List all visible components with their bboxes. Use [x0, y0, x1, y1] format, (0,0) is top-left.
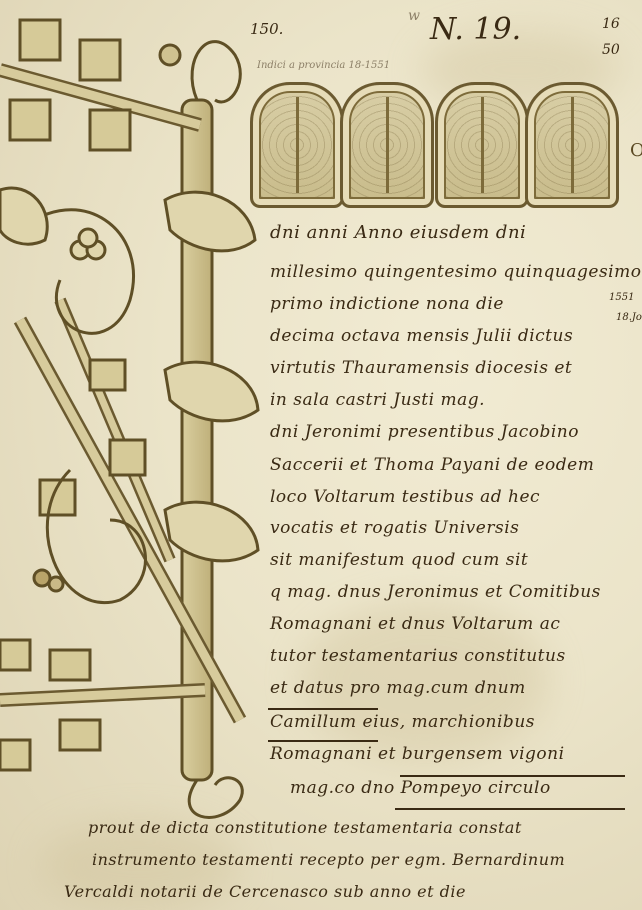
- text-line: mag.co dno Pompeyo circulo: [290, 778, 551, 798]
- text-line: Camillum eius, marchionibus: [270, 712, 535, 732]
- text-line: virtutis Thauramensis diocesis et: [270, 358, 572, 378]
- shelf-mark-prefix: w: [408, 8, 420, 24]
- text-line: millesimo quingentesimo quinquagesimo: [270, 262, 641, 282]
- text-line: tutor testamentarius constitutus: [270, 646, 566, 666]
- decorated-letter-m: [250, 82, 344, 208]
- manuscript-page: 150. w N. 19. Indici a provincia 18-1551…: [0, 0, 642, 910]
- margin-year: 1551: [609, 292, 634, 303]
- text-line: dni anni Anno eiusdem dni: [270, 222, 526, 243]
- decorated-letter-m: [525, 82, 619, 208]
- text-line: Vercaldi notarii de Cercenasco sub anno …: [64, 882, 466, 901]
- corner-number-bottom: 50: [602, 42, 620, 58]
- text-line: primo indictione nona die: [270, 294, 504, 314]
- text-line: instrumento testamenti recepto per egm. …: [92, 850, 565, 869]
- decorated-heading: OE: [245, 82, 640, 207]
- shelf-mark: N. 19.: [430, 12, 521, 47]
- text-line: in sala castri Justi mag.: [270, 390, 485, 410]
- decorated-letter-m: [340, 82, 434, 208]
- corner-number-top: 16: [602, 16, 620, 32]
- text-line: et datus pro mag.cum dnum: [270, 678, 526, 698]
- underline-mark: [400, 775, 625, 777]
- underline-mark: [268, 740, 378, 742]
- text-line: Saccerii et Thoma Payani de eodem: [270, 455, 594, 475]
- decorated-letter-m: [435, 82, 529, 208]
- text-line: vocatis et rogatis Universis: [270, 518, 519, 538]
- text-line: decima octava mensis Julii dictus: [270, 326, 573, 346]
- heading-suffix: OE: [630, 140, 642, 161]
- text-line: q mag. dnus Jeronimus et Comitibus: [270, 582, 601, 602]
- text-line: loco Voltarum testibus ad hec: [270, 487, 540, 507]
- text-line: Romagnani et dnus Voltarum ac: [270, 614, 560, 634]
- margin-date: 18.Jo: [616, 312, 642, 323]
- underline-mark: [395, 808, 625, 810]
- decorated-initial-ornament: [0, 0, 270, 830]
- text-line: Romagnani et burgensem vigoni: [270, 744, 565, 764]
- text-line: dni Jeronimi presentibus Jacobino: [270, 422, 579, 442]
- text-line: prout de dicta constitutione testamentar…: [88, 818, 522, 837]
- archival-note: Indici a provincia 18-1551: [257, 60, 390, 71]
- text-line: sit manifestum quod cum sit: [270, 550, 528, 570]
- underline-mark: [268, 708, 378, 710]
